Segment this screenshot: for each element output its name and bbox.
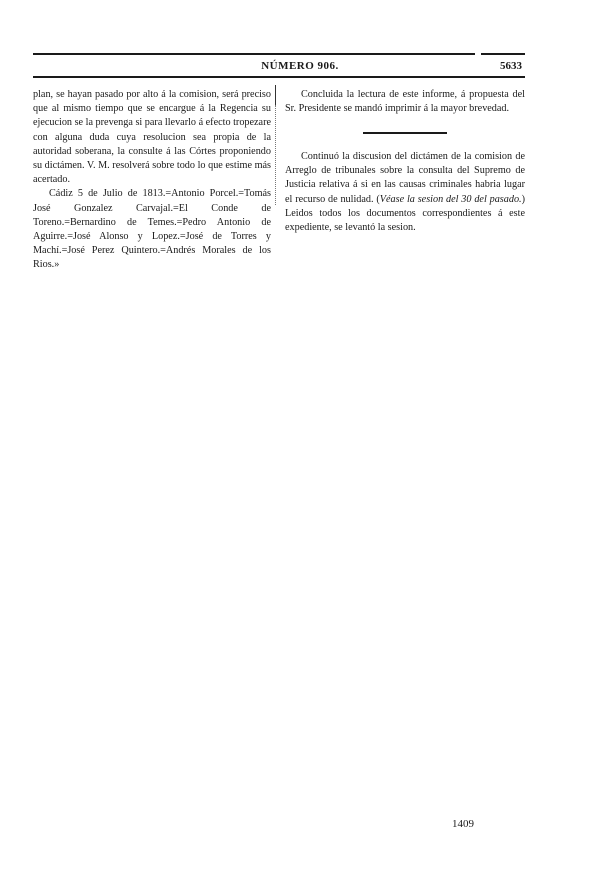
column-divider-dotted (275, 105, 277, 205)
signature-number: 1409 (452, 818, 474, 830)
left-paragraph-1: plan, se hayan pasado por alto á la comi… (33, 88, 271, 187)
section-separator (363, 132, 447, 134)
page-number: 5633 (500, 60, 522, 72)
paragraph-2-reference: Véase la sesion del 30 del pasado. (380, 194, 522, 205)
header-rule-top-right (481, 53, 525, 55)
right-paragraph-1: Concluida la lectura de este informe, á … (285, 88, 525, 116)
left-paragraph-signatures: Cádiz 5 de Julio de 1813.=Antonio Porcel… (33, 187, 271, 272)
right-paragraph-2: Continuó la discusion del dictámen de la… (285, 150, 525, 235)
left-column: plan, se hayan pasado por alto á la comi… (33, 88, 271, 273)
header-rule-bottom (33, 76, 525, 78)
column-divider (275, 85, 276, 105)
right-column: Concluida la lectura de este informe, á … (285, 88, 525, 235)
header-rule-top (33, 53, 475, 55)
